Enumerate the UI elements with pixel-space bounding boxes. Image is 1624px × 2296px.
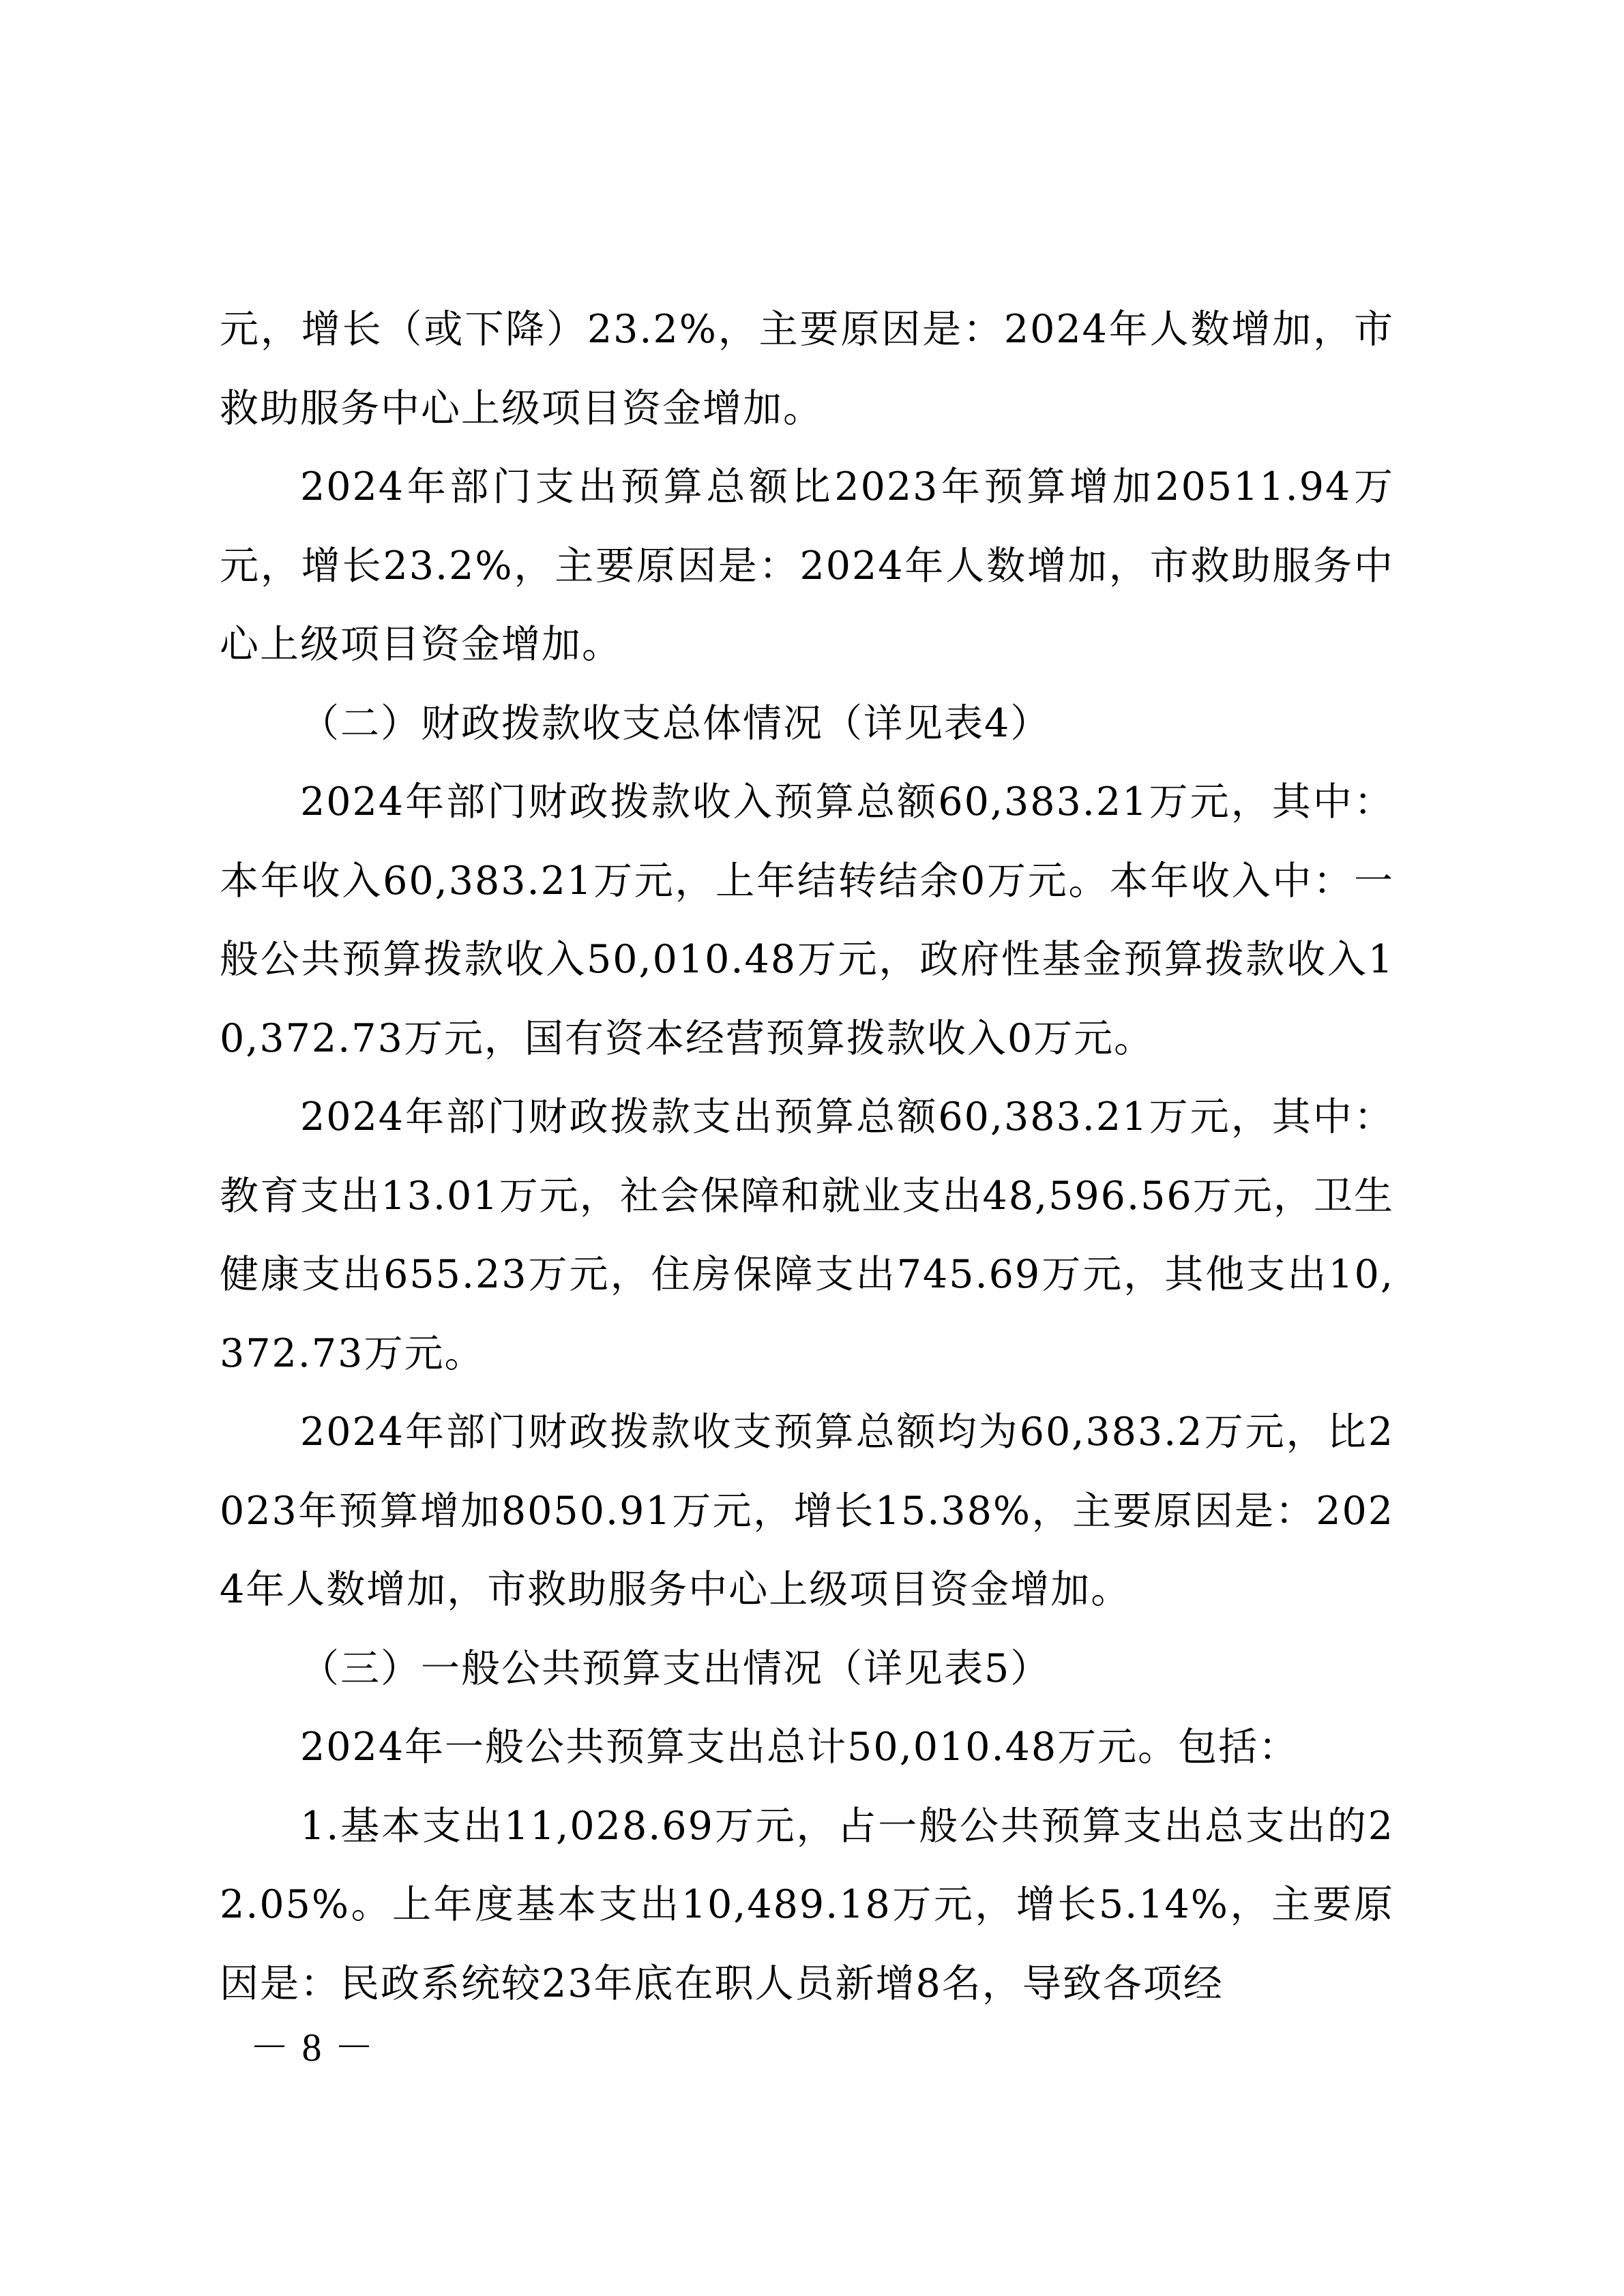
paragraph-basic-expenditure: 1.基本支出11,028.69万元，占一般公共预算支出总支出的22.05%。上年… [220, 1787, 1394, 2024]
paragraph-continuation: 元，增长（或下降）23.2%，主要原因是：2024年人数增加，市救助服务中心上级… [220, 290, 1394, 448]
paragraph-general-budget-total: 2024年一般公共预算支出总计50,010.48万元。包括： [220, 1708, 1394, 1787]
paragraph-fiscal-change: 2024年部门财政拨款收支预算总额均为60,383.2万元，比2023年预算增加… [220, 1393, 1394, 1630]
section-heading-general-budget: （三）一般公共预算支出情况（详见表5） [220, 1630, 1394, 1709]
page-number: － 8 － [250, 2024, 375, 2072]
paragraph-fiscal-income: 2024年部门财政拨款收入预算总额60,383.21万元，其中：本年收入60,3… [220, 763, 1394, 1078]
paragraph-total-expenditure-change: 2024年部门支出预算总额比2023年预算增加20511.94万元，增长23.2… [220, 448, 1394, 685]
document-page: 元，增长（或下降）23.2%，主要原因是：2024年人数增加，市救助服务中心上级… [220, 290, 1394, 2023]
paragraph-fiscal-expenditure: 2024年部门财政拨款支出预算总额60,383.21万元，其中：教育支出13.0… [220, 1078, 1394, 1393]
section-heading-fiscal-overview: （二）财政拨款收支总体情况（详见表4） [220, 685, 1394, 764]
